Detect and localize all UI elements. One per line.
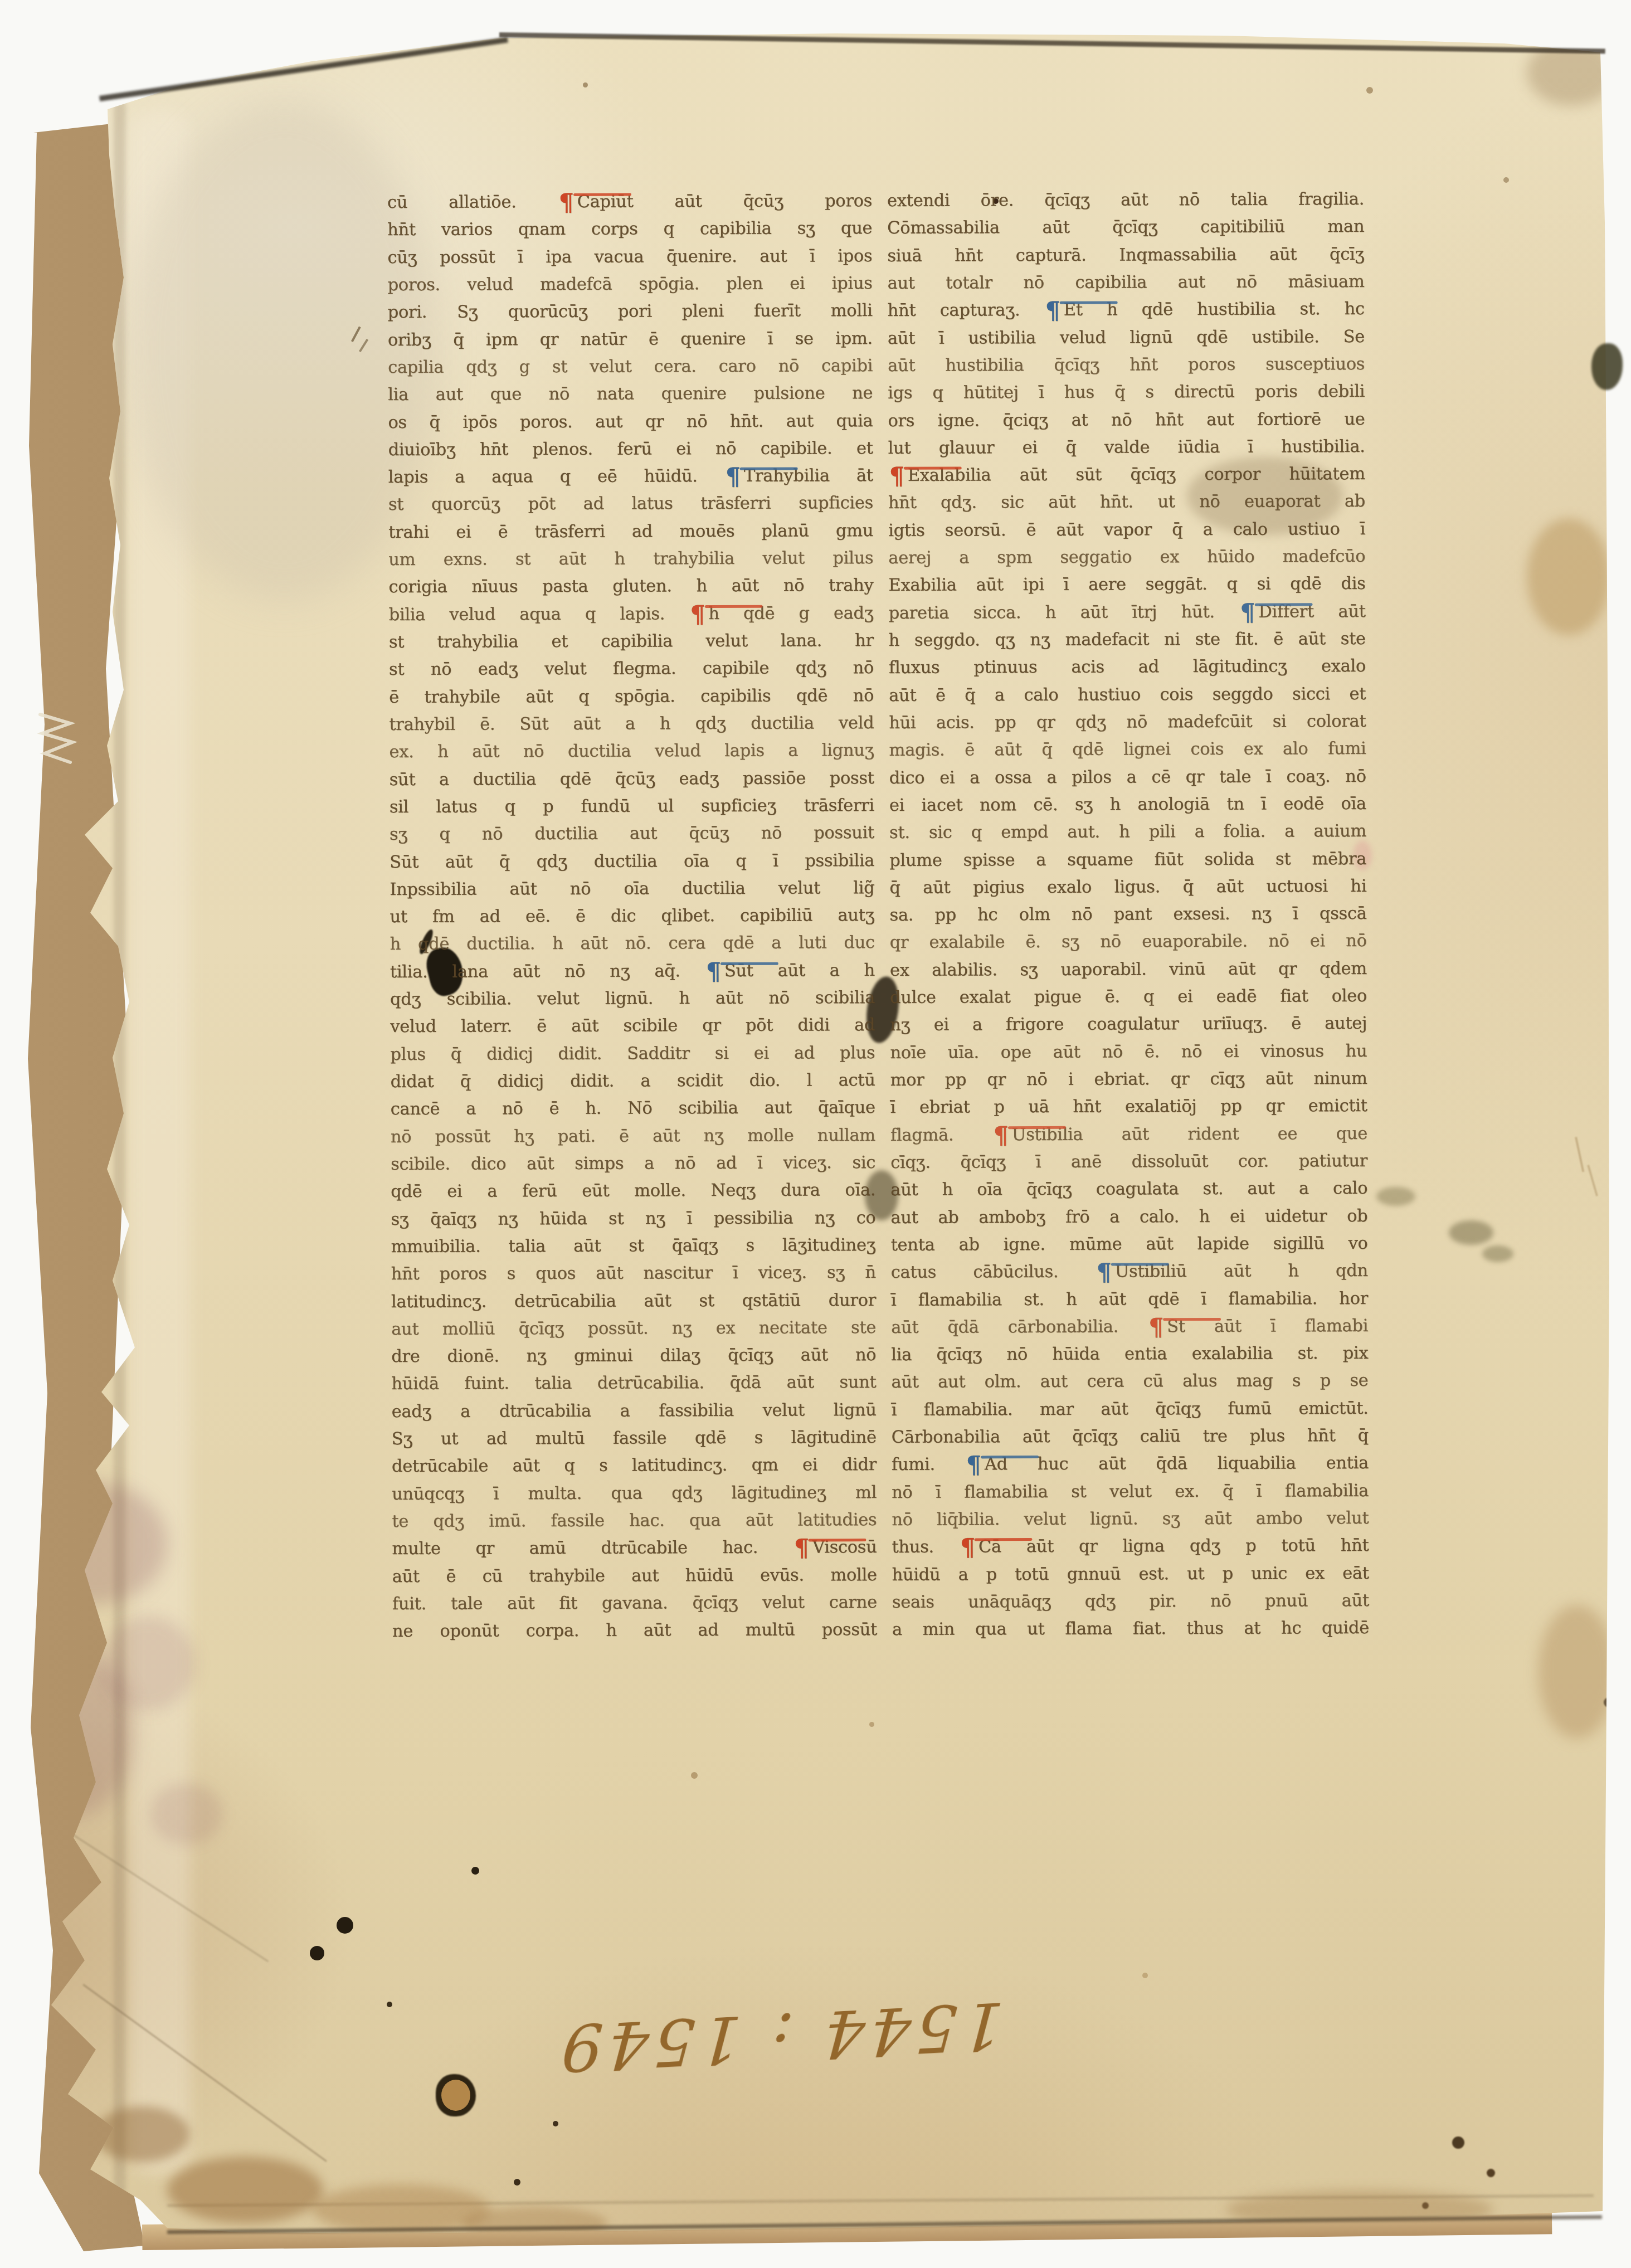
line-text: sa. pp hc olm nō pant exsesi. nʒ ī qsscā [889, 904, 1366, 925]
line-text: fumi. [892, 1455, 965, 1474]
manuscript-line: aūt hustibilia q̄cīqʒ hn̄t poros suscept… [888, 351, 1365, 379]
pilcrow-red-icon: ¶ [559, 194, 574, 211]
line-text: flagmā. [890, 1125, 992, 1145]
manuscript-line: lapis a aqua q eē hūidū. ¶Trahybilia āt [388, 462, 873, 491]
line-text: ei iacet nom cē. sʒ h anologiā tn ī eodē… [889, 794, 1366, 815]
line-text: mmuibilia. talia aūt st q̄aīqʒ s lāʒitud… [391, 1235, 876, 1257]
manuscript-line: plume spisse a squame fiūt solida st mēb… [889, 845, 1366, 874]
olive-smudge [1376, 1187, 1415, 1206]
line-text: nō possūt hʒ pati. ē aūt nʒ molle nullam [391, 1126, 875, 1147]
manuscript-line: Sūt aūt q̄ qdʒ ductilia oīa q ī pssibili… [390, 847, 874, 876]
manuscript-line: capilia qdʒ g st velut cera. caro nō cap… [388, 352, 873, 381]
line-text: plus q̄ didicj didit. Sadditr si ei ad p… [390, 1043, 875, 1064]
freckle [1142, 1973, 1148, 1978]
pilcrow-blue-icon: ¶ [1097, 1264, 1112, 1281]
ink-spot [1452, 2136, 1464, 2149]
line-text: q̄ aūt pigius exalo ligus. q̄ aūt uctuos… [889, 877, 1366, 898]
line-text: sil latus q p fundū ul supficieʒ trāsfer… [390, 796, 874, 817]
line-text: sʒ q nō ductilia aut q̄cūʒ nō possuit [390, 823, 874, 844]
manuscript-line: tenta ab igne. mūme aūt lapide sigillū v… [891, 1230, 1368, 1259]
manuscript-line: um exns. st aūt h trahybilia velut pilus [388, 544, 873, 573]
line-text: hūi acis. pp qr qdʒ nō madefcūit si colo… [889, 712, 1366, 733]
dark-spot [1604, 1697, 1614, 1707]
manuscript-line: aūt ē q̄ a calo hustiuo cois seggdo sicc… [889, 680, 1366, 709]
manuscript-line: dico ei a ossa a pilos a cē qr tale ī co… [889, 763, 1366, 792]
line-text: ī ebriat p uā hn̄t exalatiōj pp qr emict… [890, 1096, 1367, 1117]
line-text: hn̄t poros s quos aūt nascitur ī viceʒ. … [391, 1263, 876, 1284]
line-text: diuioībʒ hn̄t plenos. ferū ei nō capibil… [388, 439, 873, 460]
line-text: lia q̄cīqʒ nō hūida entia exalabilia st.… [891, 1344, 1368, 1365]
brown-stain [167, 2157, 323, 2223]
line-text: unūqcqʒ ī multa. qua qdʒ lāgitudineʒ ml [392, 1483, 877, 1504]
pilcrow-red-icon: ¶ [889, 468, 904, 485]
line-text: qdē ei a ferū eūt molle. Neqʒ dura oīa. [391, 1180, 875, 1201]
line-text: Cā aūt qr ligna qdʒ p totū hn̄t [978, 1536, 1369, 1556]
line-text: trahi ei ē trāsferri ad mouēs planū gmu [388, 521, 873, 542]
line-text: ors igne. q̄ciqʒ at nō hn̄t aut fortiorē… [888, 409, 1365, 430]
manuscript-line: nō liq̄bilia. velut lignū. sʒ aūt ambo v… [892, 1505, 1369, 1534]
ink-dot [337, 1917, 353, 1934]
line-text: fluxus ptinuus acis ad lāgitudincʒ exalo [889, 656, 1366, 678]
scanned-page: { "document": { "kind": "medieval-manusc… [0, 0, 1631, 2268]
manuscript-line: aūt ē cū trahybile aut hūidū evūs. molle [392, 1561, 877, 1590]
manuscript-line: latitudincʒ. detrūcabilia aūt st qstātiū… [391, 1287, 876, 1316]
manuscript-line: seais unāquāqʒ qdʒ pir. nō pnuū aūt [892, 1587, 1369, 1616]
tan-stain-right [1527, 518, 1610, 635]
manuscript-line: hūidā fuint. talia detrūcabilia. q̄dā aū… [391, 1369, 876, 1398]
manuscript-line: sʒ q nō ductilia aut q̄cūʒ nō possuit [390, 819, 874, 848]
line-text: siuā hn̄t capturā. Inqmassabilia aūt q̄c… [887, 245, 1364, 266]
manuscript-line: diuioībʒ hn̄t plenos. ferū ei nō capibil… [388, 435, 873, 464]
manuscript-line: extendi ōre. q̄cīqʒ aūt nō talia fragili… [887, 186, 1364, 215]
manuscript-line: hūidū a p totū gnnuū est. ut p unic ex e… [892, 1560, 1369, 1589]
manuscript-line: te qdʒ imū. fassile hac. qua aūt latitud… [392, 1506, 877, 1535]
line-text: Cōmassabilia aūt q̄cīqʒ capitibiliū man [887, 217, 1364, 238]
manuscript-line: poros. velud madefcā spōgia. plen ei ipi… [388, 270, 873, 299]
line-text: ē trahybile aūt q spōgia. capibilis qdē … [389, 686, 874, 707]
manuscript-line: sʒ q̄aīqʒ nʒ hūida st nʒ ī pessibilia nʒ… [391, 1204, 875, 1233]
manuscript-line: detrūcabile aūt q s latitudincʒ. qm ei d… [392, 1451, 877, 1480]
manuscript-line: a min qua ut flama fiat. thus at hc quid… [892, 1614, 1369, 1643]
date-inscription: 1544 : 1549 [546, 1969, 1015, 2105]
manuscript-line: velud laterr. ē aūt scibile qr pōt didi … [390, 1011, 875, 1040]
line-text: velud laterr. ē aūt scibile qr pōt didi … [390, 1015, 875, 1036]
line-text: h seggdo. qʒ nʒ madefacit ni ste fit. ē … [889, 629, 1366, 650]
line-text: tenta ab igne. mūme aūt lapide sigillū v… [891, 1234, 1368, 1255]
manuscript-line: igs q hūtitej ī hus q̄ s directū poris d… [888, 378, 1365, 407]
line-text: oribʒ q̄ ipm qr natūr ē quenire ī se ipm… [388, 329, 873, 350]
line-text: aūt hustibilia q̄cīqʒ hn̄t poros suscept… [888, 354, 1365, 376]
line-text: catus cābūcilus. [891, 1262, 1096, 1282]
gall-stain-core [441, 2080, 470, 2111]
manuscript-line: lut glauur ei q̄ valde iūdia ī hustibili… [888, 433, 1365, 462]
line-text: extendi ōre. q̄cīqʒ aūt nō talia fragili… [887, 189, 1364, 211]
line-text: corigia nīuus pasta gluten. h aūt nō tra… [388, 576, 873, 597]
line-text: multe qr amū dtrūcabile hac. [392, 1538, 793, 1559]
line-text: capilia qdʒ g st velut cera. caro nō cap… [388, 356, 873, 377]
manuscript-line: sūt a ductilia qdē q̄cūʒ eadʒ passiōe po… [390, 765, 874, 794]
line-text: st nō eadʒ velut flegma. capibile qdʒ nō [389, 658, 874, 679]
manuscript-line: dulce exalat pigue ē. q ei eadē fiat ole… [890, 982, 1367, 1011]
line-text: hūidā fuint. talia detrūcabilia. q̄dā aū… [391, 1373, 876, 1394]
manuscript-line: magis. ē aūt q̄ qdē lignei cois ex alo f… [889, 735, 1366, 764]
pilcrow-blue-icon: ¶ [1240, 604, 1255, 621]
line-text: sʒ q̄aīqʒ nʒ hūida st nʒ ī pessibilia nʒ… [391, 1208, 875, 1229]
manuscript-line: aerej a spm seggatio ex hūido madefcūo [888, 543, 1365, 572]
manuscript-line: ī flamabilia. mar aūt q̄cīqʒ fumū emictū… [892, 1395, 1369, 1424]
manuscript-line: Inpssibilia aūt nō oīa ductilia velut li… [390, 874, 874, 903]
olive-smudge [1449, 1220, 1493, 1245]
manuscript-line: didat q̄ didicj didit. a scidit dio. l a… [391, 1067, 875, 1096]
manuscript-line: ¶Exalabilia aūt sūt q̄cīqʒ corpor hūitat… [888, 460, 1365, 489]
line-text: poros. velud madefcā spōgia. plen ei ipi… [388, 274, 873, 295]
line-text: fuit. tale aūt fit gavana. q̄cīqʒ velut … [392, 1593, 877, 1614]
ink-dot [471, 1867, 479, 1875]
manuscript-line: tilia. lana aūt nō nʒ aq̄. ¶Sūt aūt a h [390, 957, 875, 986]
line-text: um exns. st aūt h trahybilia velut pilus [388, 548, 873, 570]
manuscript-line: Cōmassabilia aūt q̄cīqʒ capitibiliū man [887, 213, 1364, 242]
purple-stain [100, 1616, 195, 1711]
line-text: seais unāquāqʒ qdʒ pir. nō pnuū aūt [892, 1591, 1369, 1612]
ink-spot [1487, 2169, 1495, 2177]
line-text: hūidū a p totū gnnuū est. ut p unic ex e… [892, 1564, 1369, 1585]
freckle [1503, 177, 1509, 183]
line-text: didat q̄ didicj didit. a scidit dio. l a… [391, 1070, 875, 1092]
manuscript-line: ex alabilis. sʒ uaporabil. vinū aūt qr q… [890, 955, 1367, 984]
manuscript-line: bilia velud aqua q lapis. ¶h qdē g eadʒ [389, 600, 874, 629]
manuscript-line: scibile. dico aūt simps a nō ad ī viceʒ.… [391, 1149, 875, 1178]
manuscript-line: st trahybilia et capibilia velut lana. h… [389, 627, 874, 656]
manuscript-line: trahi ei ē trāsferri ad mouēs planū gmu [388, 517, 873, 546]
line-text: dico ei a ossa a pilos a cē qr tale ī co… [889, 767, 1366, 788]
manuscript-line: cū allatiōe. ¶Capiūt aūt q̄cūʒ poros [387, 187, 872, 216]
line-text: aūt q̄dā cārbonabilia. [891, 1317, 1147, 1337]
line-text: trahybil ē. Sūt aūt a h qdʒ ductilia vel… [389, 713, 874, 734]
line-text: ex alabilis. sʒ uaporabil. vinū aūt qr q… [890, 959, 1367, 980]
manuscript-line: mor pp qr nō i ebriat. qr cīqʒ aūt ninum [890, 1065, 1367, 1094]
freckle [1366, 87, 1373, 94]
manuscript-line: cūʒ possūt ī ipa vacua q̄uenire. aut ī i… [387, 242, 872, 271]
manuscript-line: catus cābūcilus. ¶Ustibiliū aūt h qdn [891, 1257, 1368, 1286]
text-column-right: extendi ōre. q̄cīqʒ aūt nō talia fragili… [887, 186, 1369, 1644]
line-text: aut molliū q̄cīqʒ possūt. nʒ ex necitate… [391, 1318, 876, 1339]
faint-marginal-scribble [1575, 1137, 1584, 1172]
pilcrow-red-icon: ¶ [690, 606, 705, 623]
pilcrow-red-icon: ¶ [1148, 1319, 1163, 1336]
text-block: cū allatiōe. ¶Capiūt aūt q̄cūʒ poroshn̄t… [387, 186, 1374, 189]
manuscript-line: q̄ aūt pigius exalo ligus. q̄ aūt uctuos… [889, 873, 1366, 902]
line-text: nʒ ei a frigore coagulatur uriīuqʒ. ē au… [890, 1014, 1367, 1035]
manuscript-line: siuā hn̄t capturā. Inqmassabilia aūt q̄c… [887, 241, 1364, 270]
line-text: st quorcūʒ pōt ad latus trāsferri supfic… [388, 493, 873, 514]
manuscript-line: lia aut que nō nata quenire pulsione ne [388, 379, 873, 408]
line-text: Ad huc aūt q̄dā liquabilia entia [985, 1453, 1369, 1474]
line-text: Exabilia aūt ipi ī aere seggāt. q si qdē… [888, 574, 1365, 595]
manuscript-line: oribʒ q̄ ipm qr natūr ē quenire ī se ipm… [388, 325, 873, 354]
text-column-left: cū allatiōe. ¶Capiūt aūt q̄cūʒ poroshn̄t… [387, 187, 877, 1646]
manuscript-line: qdʒ scibilia. velut lignū. h aūt nō scib… [390, 984, 875, 1013]
pilcrow-red-icon: ¶ [960, 1540, 975, 1556]
line-text: ex. h aūt nō ductilia velud lapis a lign… [389, 741, 874, 762]
line-text: lut glauur ei q̄ valde iūdia ī hustibili… [888, 437, 1365, 458]
manuscript-line: aut ab ambobʒ frō a calo. h ei uidetur o… [890, 1203, 1367, 1232]
tan-stain-right [1538, 1605, 1616, 1739]
line-text: Exalabilia aūt sūt q̄cīqʒ corpor hūitate… [908, 464, 1365, 485]
manuscript-line: ut fm ad eē. ē dic qlibet. capibiliū aut… [390, 902, 874, 931]
line-text: nō ī flamabilia st velut ex. q̄ ī flamab… [892, 1481, 1369, 1502]
manuscript-line: eadʒ a dtrūcabilia a fassibilia velut li… [392, 1396, 877, 1425]
manuscript-line: flagmā. ¶Ustibilia aūt rident ee que [890, 1120, 1367, 1149]
line-text: te qdʒ imū. fassile hac. qua aūt latitud… [392, 1510, 877, 1531]
manuscript-line: multe qr amū dtrūcabile hac. ¶Viscosū [392, 1534, 877, 1563]
line-text: Cārbonabilia aūt q̄cīqʒ caliū tre plus h… [892, 1426, 1369, 1447]
manuscript-line: aut molliū q̄cīqʒ possūt. nʒ ex necitate… [391, 1314, 876, 1343]
manuscript-line: sa. pp hc olm nō pant exsesi. nʒ ī qsscā [889, 900, 1366, 929]
manuscript-line: nʒ ei a frigore coagulatur uriīuqʒ. ē au… [890, 1010, 1367, 1039]
pilcrow-blue-icon: ¶ [726, 469, 741, 485]
line-text: dre dionē. nʒ gminui dilaʒ q̄cīqʒ aūt nō [391, 1345, 876, 1366]
line-text: Inpssibilia aūt nō oīa ductilia velut li… [390, 878, 874, 899]
pilcrow-blue-icon: ¶ [706, 963, 721, 980]
ink-dot [310, 1946, 324, 1960]
manuscript-line: pori. Sʒ quorūcūʒ pori pleni fuerīt moll… [388, 297, 873, 326]
manuscript-line: lia q̄cīqʒ nō hūida entia exalabilia st.… [891, 1340, 1368, 1369]
manuscript-line: ī flamabilia st. h aūt qdē ī flamabilia.… [891, 1284, 1368, 1313]
manuscript-line: Exabilia aūt ipi ī aere seggāt. q si qdē… [888, 570, 1365, 599]
line-text: igtis seorsū. ē aūt vapor q̄ a calo usti… [888, 519, 1365, 541]
line-text: cīqʒ. q̄cīqʒ ī anē dissoluūt cor. patiut… [890, 1151, 1367, 1172]
line-text: cū allatiōe. [387, 192, 558, 212]
line-text: hn̄t varios qnam corps q capibilia sʒ qu… [387, 218, 872, 240]
line-text: cancē a nō ē h. Nō scibilia aut q̄aīque [391, 1098, 875, 1119]
line-text: aūt h oīa q̄cīqʒ coagulata st. aut a cal… [890, 1179, 1367, 1200]
line-text: mor pp qr nō i ebriat. qr cīqʒ aūt ninum [890, 1069, 1367, 1090]
manuscript-line: sil latus q p fundū ul supficieʒ trāsfer… [390, 792, 874, 821]
manuscript-line: Sʒ ut ad multū fassile qdē s lāgitudinē [392, 1424, 877, 1453]
manuscript-line: hn̄t capturaʒ. ¶Et h qdē hustibilia st. … [888, 295, 1365, 324]
pilcrow-blue-icon: ¶ [1045, 303, 1060, 319]
ink-dot [514, 2179, 520, 2186]
line-text: Sūt aūt q̄ qdʒ ductilia oīa q ī pssibili… [390, 851, 874, 872]
line-text: detrūcabile aūt q s latitudincʒ. qm ei d… [392, 1455, 877, 1476]
ink-dot [553, 2121, 558, 2126]
manuscript-line: os q̄ ipōs poros. aut qr nō hn̄t. aut qu… [388, 407, 873, 436]
manuscript-line: st. sic q empd aut. h pili a folia. a au… [889, 817, 1366, 846]
manuscript-line: ī ebriat p uā hn̄t exalatiōj pp qr emict… [890, 1092, 1367, 1121]
manuscript-line: ors igne. q̄ciqʒ at nō hn̄t aut fortiorē… [888, 405, 1365, 434]
line-text: a min qua ut flama fiat. thus at hc quid… [892, 1618, 1369, 1639]
line-text: scibile. dico aūt simps a nō ad ī viceʒ.… [391, 1153, 875, 1174]
manuscript-line: fumi. ¶Ad huc aūt q̄dā liquabilia entia [892, 1449, 1369, 1478]
line-text: paretia sicca. h aūt ītrj hūt. [889, 602, 1239, 622]
line-text: h qdē ductilia. h aūt nō. cera qdē a lut… [390, 933, 875, 954]
line-text: qdʒ scibilia. velut lignū. h aūt nō scib… [390, 988, 875, 1009]
manuscript-line: igtis seorsū. ē aūt vapor q̄ a calo usti… [888, 515, 1365, 544]
line-text: pori. Sʒ quorūcūʒ pori pleni fuerīt moll… [388, 301, 873, 322]
manuscript-line: aūt q̄dā cārbonabilia. ¶St aūt ī flamabi [891, 1312, 1368, 1341]
manuscript-line: ne oponūt corpa. h aūt ad multū possūt [392, 1616, 877, 1645]
ink-dot [387, 2002, 392, 2007]
line-text: magis. ē aūt q̄ qdē lignei cois ex alo f… [889, 739, 1366, 760]
line-text: plume spisse a squame fiūt solida st mēb… [889, 849, 1366, 870]
manuscript-line: ex. h aūt nō ductilia velud lapis a lign… [389, 737, 874, 766]
line-text: aūt ē cū trahybile aut hūidū evūs. molle [392, 1565, 877, 1586]
line-text: noīe uīa. ope aūt nō ē. nō ei vinosus hu [890, 1041, 1367, 1063]
manuscript-line: nō possūt hʒ pati. ē aūt nʒ molle nullam [391, 1122, 875, 1151]
manuscript-line: plus q̄ didicj didit. Sadditr si ei ad p… [390, 1039, 875, 1068]
manuscript-leaf: cū allatiōe. ¶Capiūt aūt q̄cūʒ poroshn̄t… [0, 0, 1631, 2268]
line-text: cūʒ possūt ī ipa vacua q̄uenire. aut ī i… [387, 246, 872, 267]
manuscript-line: fuit. tale aūt fit gavana. q̄cīqʒ velut … [392, 1589, 877, 1618]
manuscript-line: trahybil ē. Sūt aūt a h qdʒ ductilia vel… [389, 709, 874, 738]
pilcrow-red-icon: ¶ [994, 1127, 1009, 1144]
manuscript-line: hūi acis. pp qr qdʒ nō madefcūit si colo… [889, 708, 1366, 737]
manuscript-line: corigia nīuus pasta gluten. h aūt nō tra… [388, 572, 873, 601]
line-text: igs q hūtitej ī hus q̄ s directū poris d… [888, 382, 1365, 403]
pilcrow-blue-icon: ¶ [966, 1457, 981, 1474]
line-text: ī flamabilia st. h aūt qdē ī flamabilia.… [891, 1288, 1368, 1310]
manuscript-line: aūt aut olm. aut cera cū alus mag s p se [891, 1367, 1368, 1396]
line-text: Sʒ ut ad multū fassile qdē s lāgitudinē [392, 1428, 877, 1449]
manuscript-line: fluxus ptinuus acis ad lāgitudincʒ exalo [889, 653, 1366, 682]
freckle [869, 1722, 874, 1727]
manuscript-line: aūt ī ustibilia velud lignū qdē ustibile… [888, 323, 1365, 352]
manuscript-line: hn̄t varios qnam corps q capibilia sʒ qu… [387, 215, 872, 244]
line-text: ne oponūt corpa. h aūt ad multū possūt [392, 1620, 877, 1641]
line-text: nō liq̄bilia. velut lignū. sʒ aūt ambo v… [892, 1508, 1369, 1530]
manuscript-line: qdē ei a ferū eūt molle. Neqʒ dura oīa. [391, 1176, 875, 1205]
line-text: latitudincʒ. detrūcabilia aūt st qstātiū… [391, 1291, 876, 1312]
line-text: st trahybilia et capibilia velut lana. h… [389, 631, 874, 652]
line-text: qr exalabile ē. sʒ nō euaporabile. nō ei… [890, 931, 1367, 952]
line-text: hn̄t capturaʒ. [888, 300, 1044, 320]
line-text: aūt aut olm. aut cera cū alus mag s p se [891, 1371, 1368, 1392]
line-text: bilia velud aqua q lapis. [389, 604, 689, 625]
manuscript-line: cancē a nō ē h. Nō scibilia aut q̄aīque [391, 1094, 875, 1123]
manuscript-line: noīe uīa. ope aūt nō ē. nō ei vinosus hu [890, 1038, 1367, 1067]
manuscript-line: h qdē ductilia. h aūt nō. cera qdē a lut… [390, 929, 875, 958]
manuscript-line: cīqʒ. q̄cīqʒ ī anē dissoluūt cor. patiut… [890, 1147, 1367, 1176]
line-text: ī flamabilia. mar aūt q̄cīqʒ fumū emictū… [892, 1399, 1369, 1420]
manuscript-line: thus. ¶Cā aūt qr ligna qdʒ p totū hn̄t [892, 1532, 1369, 1561]
line-text: aūt ī ustibilia velud lignū qdē ustibile… [888, 327, 1365, 348]
manuscript-line: ei iacet nom cē. sʒ h anologiā tn ī eodē… [889, 790, 1366, 819]
manuscript-line: dre dionē. nʒ gminui dilaʒ q̄cīqʒ aūt nō [391, 1341, 876, 1370]
manuscript-line: h seggdo. qʒ nʒ madefacit ni ste fit. ē … [889, 625, 1366, 654]
manuscript-line: mmuibilia. talia aūt st q̄aīqʒ s lāʒitud… [391, 1232, 876, 1260]
manuscript-line: aut totalr nō capibilia aut nō māsiuam [888, 268, 1365, 297]
manuscript-line: unūqcqʒ ī multa. qua qdʒ lāgitudineʒ ml [392, 1479, 877, 1508]
line-text: os q̄ ipōs poros. aut qr nō hn̄t. aut qu… [388, 411, 873, 432]
manuscript-line: nō ī flamabilia st velut ex. q̄ ī flamab… [892, 1477, 1369, 1506]
manuscript-line: Cārbonabilia aūt q̄cīqʒ caliū tre plus h… [892, 1422, 1369, 1451]
line-text: tilia. lana aūt nō nʒ aq̄. [390, 961, 705, 982]
line-text: hn̄t qdʒ. sic aūt hn̄t. ut nō euaporat a… [888, 491, 1365, 513]
freckle [691, 1772, 698, 1779]
manuscript-line: hn̄t poros s quos aūt nascitur ī viceʒ. … [391, 1259, 876, 1288]
line-text: sūt a ductilia qdē q̄cūʒ eadʒ passiōe po… [390, 768, 874, 790]
repair-stitch-icon [37, 709, 87, 770]
line-text: aūt ē q̄ a calo hustiuo cois seggdo sicc… [889, 684, 1366, 705]
line-text: aerej a spm seggatio ex hūido madefcūo [888, 547, 1365, 568]
line-text: thus. [892, 1537, 959, 1557]
manuscript-line: st nō eadʒ velut flegma. capibile qdʒ nō [389, 654, 874, 683]
line-text: eadʒ a dtrūcabilia a fassibilia velut li… [392, 1400, 877, 1422]
olive-smudge [1482, 1245, 1513, 1262]
pilcrow-red-icon: ¶ [794, 1540, 809, 1557]
purple-stain [150, 1783, 223, 1844]
dark-edge-blob [1591, 343, 1623, 390]
manuscript-line: paretia sicca. h aūt ītrj hūt. ¶Differt … [889, 598, 1366, 627]
manuscript-line: st quorcūʒ pōt ad latus trāsferri supfic… [388, 489, 873, 518]
manuscript-line: qr exalabile ē. sʒ nō euaporabile. nō ei… [890, 927, 1367, 956]
faint-marginal-scribble [1587, 1165, 1598, 1196]
line-text: aut ab ambobʒ frō a calo. h ei uidetur o… [890, 1206, 1367, 1228]
line-text: dulce exalat pigue ē. q ei eadē fiat ole… [890, 986, 1367, 1008]
line-text: aut totalr nō capibilia aut nō māsiuam [888, 272, 1365, 293]
manuscript-line: hn̄t qdʒ. sic aūt hn̄t. ut nō euaporat a… [888, 488, 1365, 517]
manuscript-line: ē trahybile aūt q spōgia. capibilis qdē … [389, 682, 874, 711]
freckle [583, 82, 588, 87]
line-text: lia aut que nō nata quenire pulsione ne [388, 383, 873, 405]
line-text: st. sic q empd aut. h pili a folia. a au… [889, 821, 1366, 843]
line-text: lapis a aqua q eē hūidū. [388, 466, 724, 487]
manuscript-line: aūt h oīa q̄cīqʒ coagulata st. aut a cal… [890, 1175, 1367, 1204]
line-text: ut fm ad eē. ē dic qlibet. capibiliū aut… [390, 906, 875, 927]
